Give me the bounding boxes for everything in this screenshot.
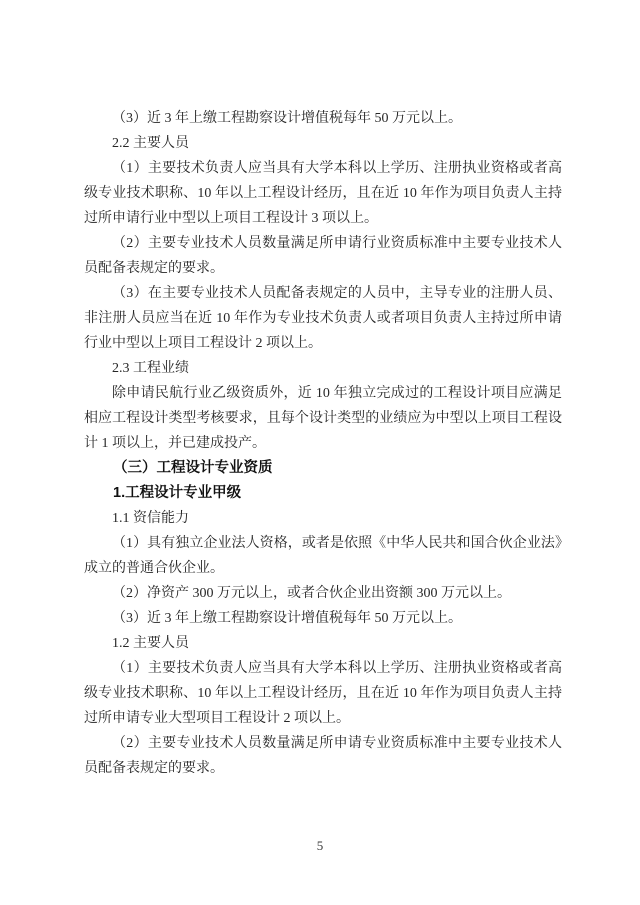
document-page: （3）近 3 年上缴工程勘察设计增值税每年 50 万元以上。 2.2 主要人员 …	[0, 0, 640, 905]
paragraph-credit-capacity-1: （1）具有独立企业法人资格，或者是依照《中华人民共和国合伙企业法》成立的普通合伙…	[84, 531, 562, 581]
paragraph-credit-capacity-3: （3）近 3 年上缴工程勘察设计增值税每年 50 万元以上。	[84, 606, 562, 631]
clause-2-3-title: 2.3 工程业绩	[84, 356, 562, 381]
clause-1-2-title: 1.2 主要人员	[84, 631, 562, 656]
page-number: 5	[0, 833, 640, 858]
paragraph-grade-a-personnel-1: （1）主要技术负责人应当具有大学本科以上学历、注册执业资格或者高级专业技术职称、…	[84, 656, 562, 731]
section-heading-professional-qualification: （三）工程设计专业资质	[84, 456, 562, 481]
paragraph-key-personnel-1: （1）主要技术负责人应当具有大学本科以上学历、注册执业资格或者高级专业技术职称、…	[84, 156, 562, 231]
paragraph-key-personnel-3: （3）在主要专业技术人员配备表规定的人员中，主导专业的注册人员、非注册人员应当在…	[84, 281, 562, 356]
paragraph-grade-a-personnel-2: （2）主要专业技术人员数量满足所申请专业资质标准中主要专业技术人员配备表规定的要…	[84, 731, 562, 781]
clause-1-1-title: 1.1 资信能力	[84, 506, 562, 531]
section-heading-grade-a: 1.工程设计专业甲级	[84, 481, 562, 506]
document-body: （3）近 3 年上缴工程勘察设计增值税每年 50 万元以上。 2.2 主要人员 …	[84, 106, 562, 781]
paragraph-tax-item-3: （3）近 3 年上缴工程勘察设计增值税每年 50 万元以上。	[84, 106, 562, 131]
paragraph-key-personnel-2: （2）主要专业技术人员数量满足所申请行业资质标准中主要专业技术人员配备表规定的要…	[84, 231, 562, 281]
paragraph-engineering-performance: 除申请民航行业乙级资质外，近 10 年独立完成过的工程设计项目应满足相应工程设计…	[84, 381, 562, 456]
paragraph-credit-capacity-2: （2）净资产 300 万元以上，或者合伙企业出资额 300 万元以上。	[84, 581, 562, 606]
clause-2-2-title: 2.2 主要人员	[84, 131, 562, 156]
